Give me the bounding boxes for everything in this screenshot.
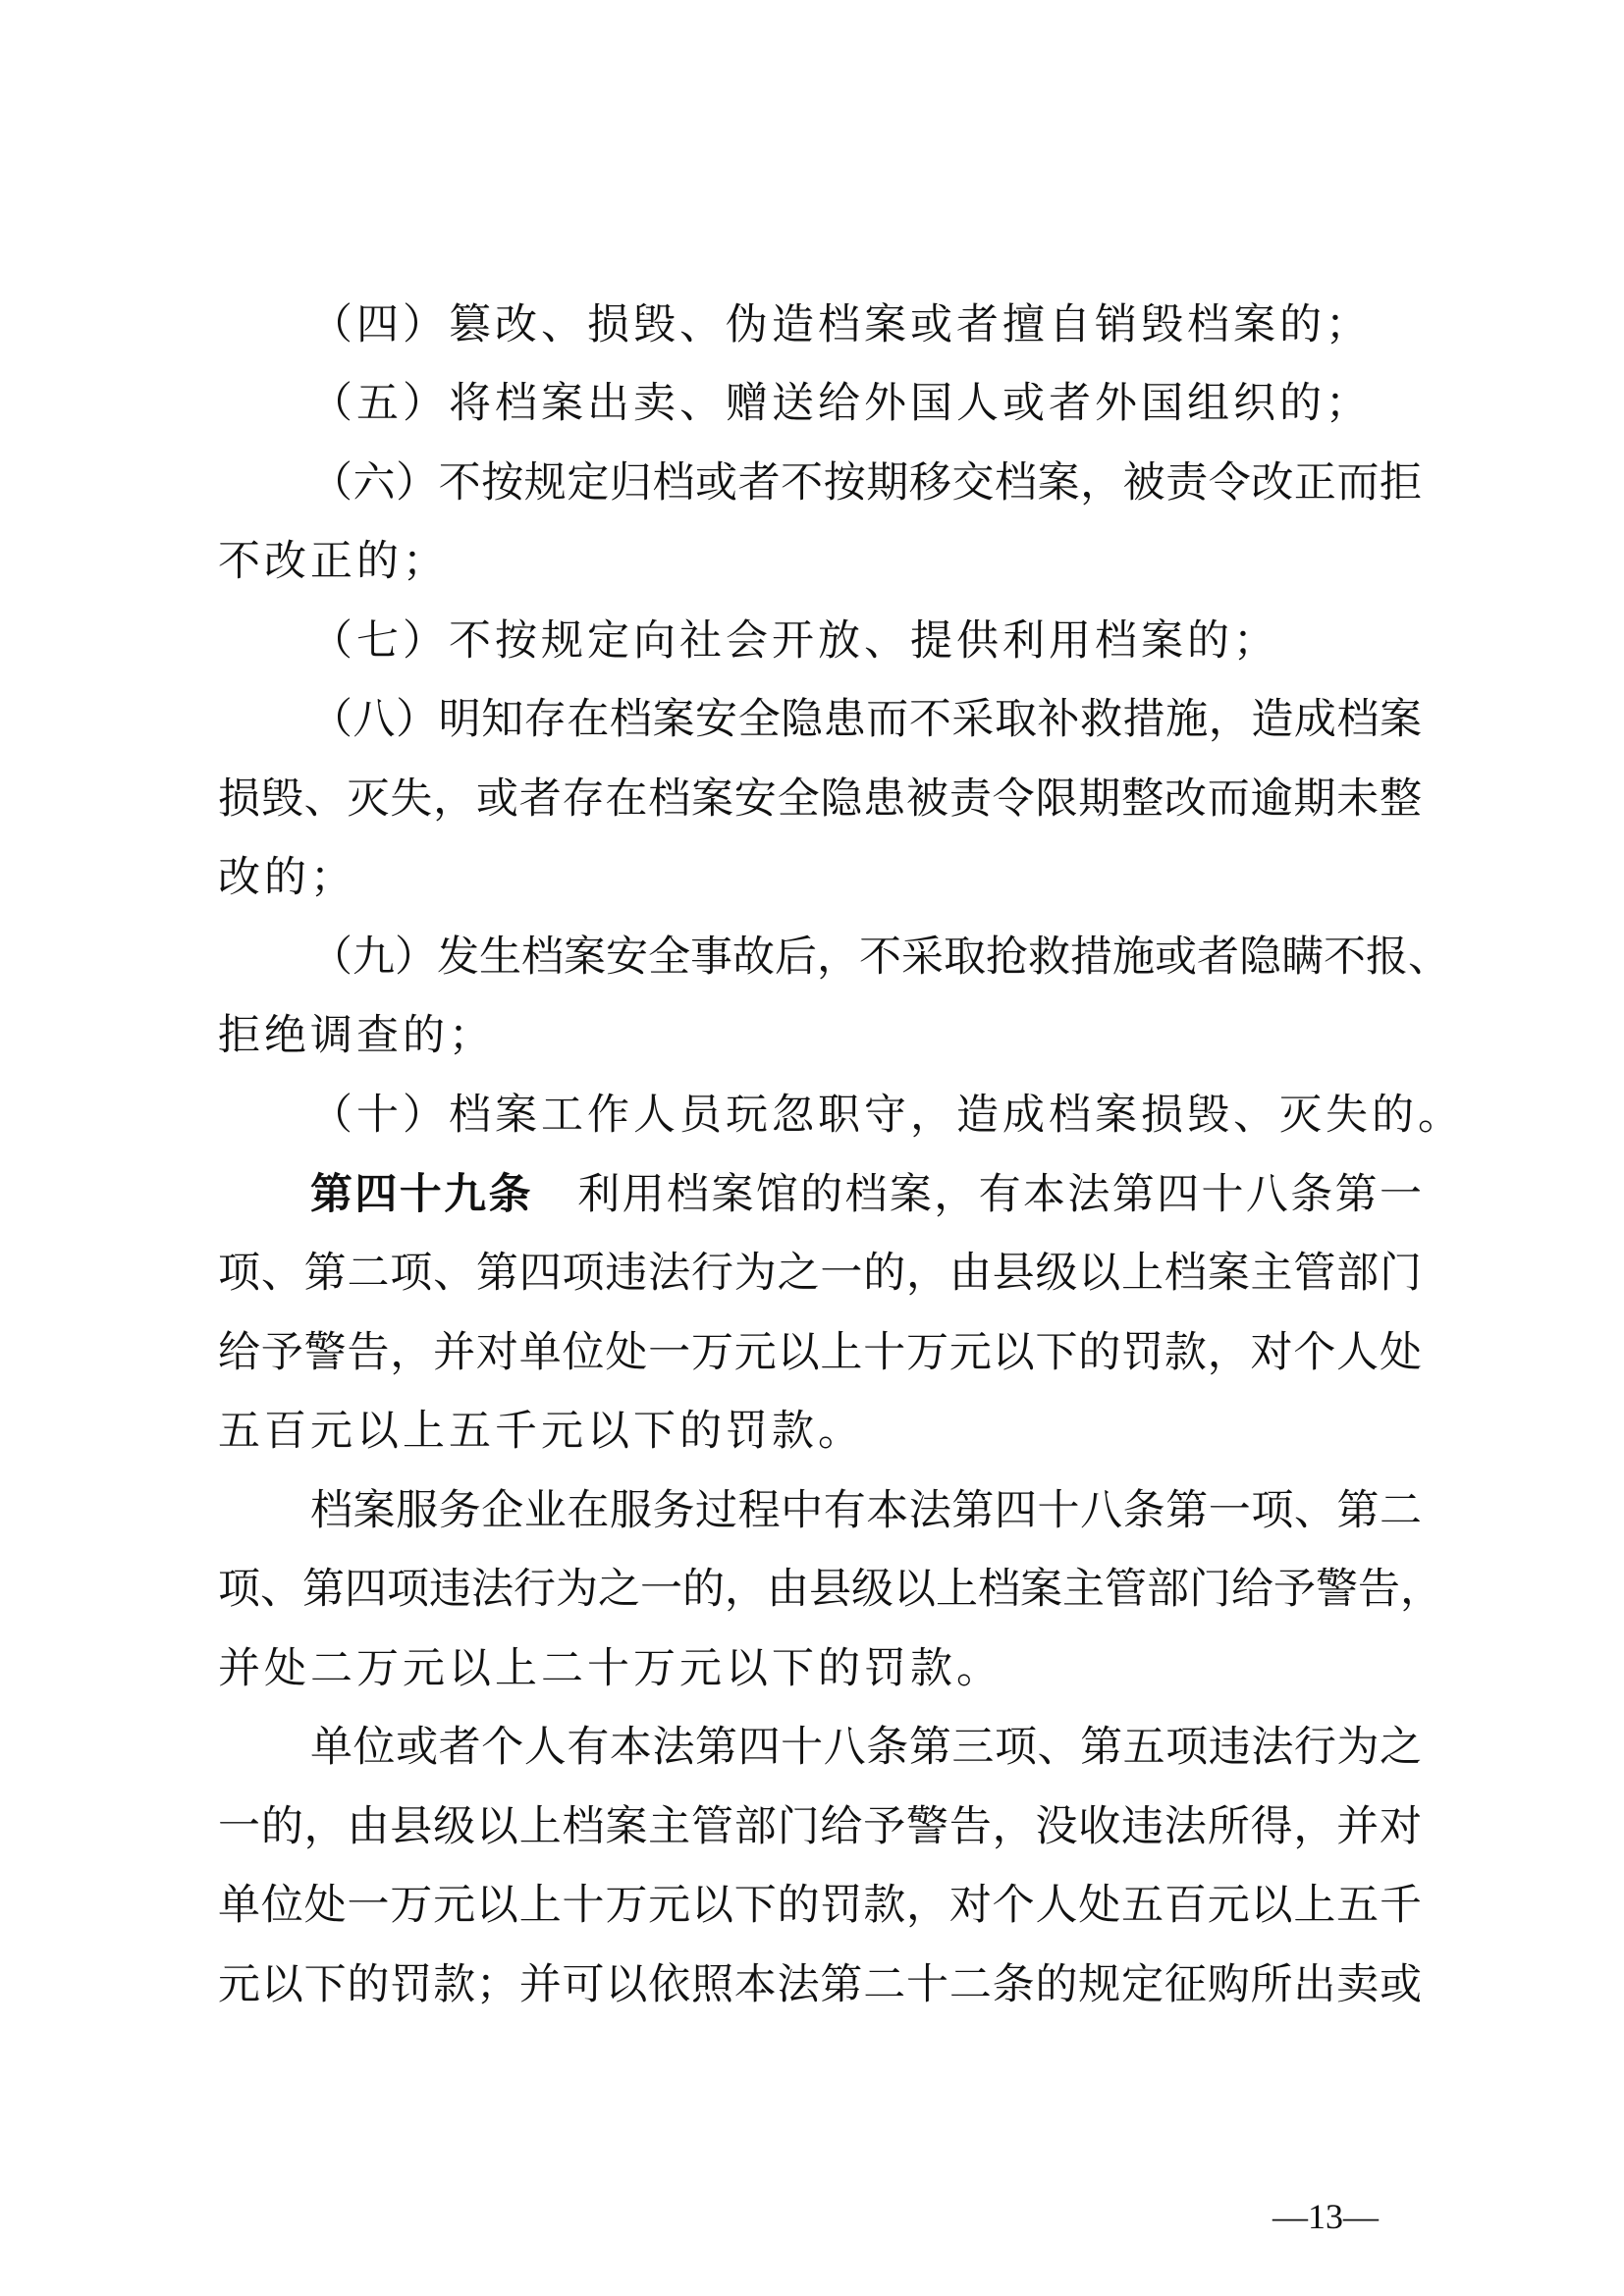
article-49-heading: 第四十九条 <box>310 1170 533 1219</box>
article-49-line-4: 五百元以上五千元以下的罚款。 <box>218 1402 1422 1461</box>
list-item-8-continued: 损毁、灭失，或者存在档案安全隐患被责令限期整改而逾期未整 <box>218 770 1422 828</box>
article-49-line-2: 项、第二项、第四项违法行为之一的，由县级以上档案主管部门 <box>218 1244 1422 1303</box>
paragraph-unit-individual-line-4: 元以下的罚款；并可以依照本法第二十二条的规定征购所出卖或 <box>218 1955 1422 2014</box>
list-item-6-continued: 不改正的； <box>218 532 1422 591</box>
list-item-7: （七）不按规定向社会开放、提供利用档案的； <box>310 612 1422 670</box>
list-item-10: （十）档案工作人员玩忽职守，造成档案损毁、灭失的。 <box>310 1086 1422 1145</box>
list-item-9: （九）发生档案安全事故后，不采取抢救措施或者隐瞒不报、 <box>310 928 1422 987</box>
article-49-line-3: 给予警告，并对单位处一万元以上十万元以下的罚款，对个人处 <box>218 1323 1422 1382</box>
paragraph-unit-individual-line-3: 单位处一万元以上十万元以下的罚款，对个人处五百元以上五千 <box>218 1876 1422 1935</box>
article-49-first-line: 第四十九条 利用档案馆的档案，有本法第四十八条第一 <box>310 1165 1422 1224</box>
paragraph-service-enterprise-line-2: 项、第四项违法行为之一的，由县级以上档案主管部门给予警告， <box>218 1560 1422 1619</box>
paragraph-service-enterprise-line-1: 档案服务企业在服务过程中有本法第四十八条第一项、第二 <box>310 1481 1422 1540</box>
list-item-6: （六）不按规定归档或者不按期移交档案，被责令改正而拒 <box>310 454 1422 512</box>
list-item-4: （四）篡改、损毁、伪造档案或者擅自销毁档案的； <box>310 295 1422 354</box>
page-number: —13— <box>1272 2195 1379 2238</box>
paragraph-unit-individual-line-1: 单位或者个人有本法第四十八条第三项、第五项违法行为之 <box>310 1718 1422 1777</box>
article-49-text: 利用档案馆的档案，有本法第四十八条第一 <box>533 1170 1422 1219</box>
document-page: （四）篡改、损毁、伪造档案或者擅自销毁档案的； （五）将档案出卖、赠送给外国人或… <box>0 0 1624 2296</box>
list-item-8: （八）明知存在档案安全隐患而不采取补救措施，造成档案 <box>310 690 1422 749</box>
list-item-5: （五）将档案出卖、赠送给外国人或者外国组织的； <box>310 374 1422 433</box>
paragraph-unit-individual-line-2: 一的，由县级以上档案主管部门给予警告，没收违法所得，并对 <box>218 1797 1422 1856</box>
list-item-8-end: 改的； <box>218 848 1422 907</box>
list-item-9-continued: 拒绝调查的； <box>218 1006 1422 1065</box>
paragraph-service-enterprise-line-3: 并处二万元以上二十万元以下的罚款。 <box>218 1639 1422 1698</box>
